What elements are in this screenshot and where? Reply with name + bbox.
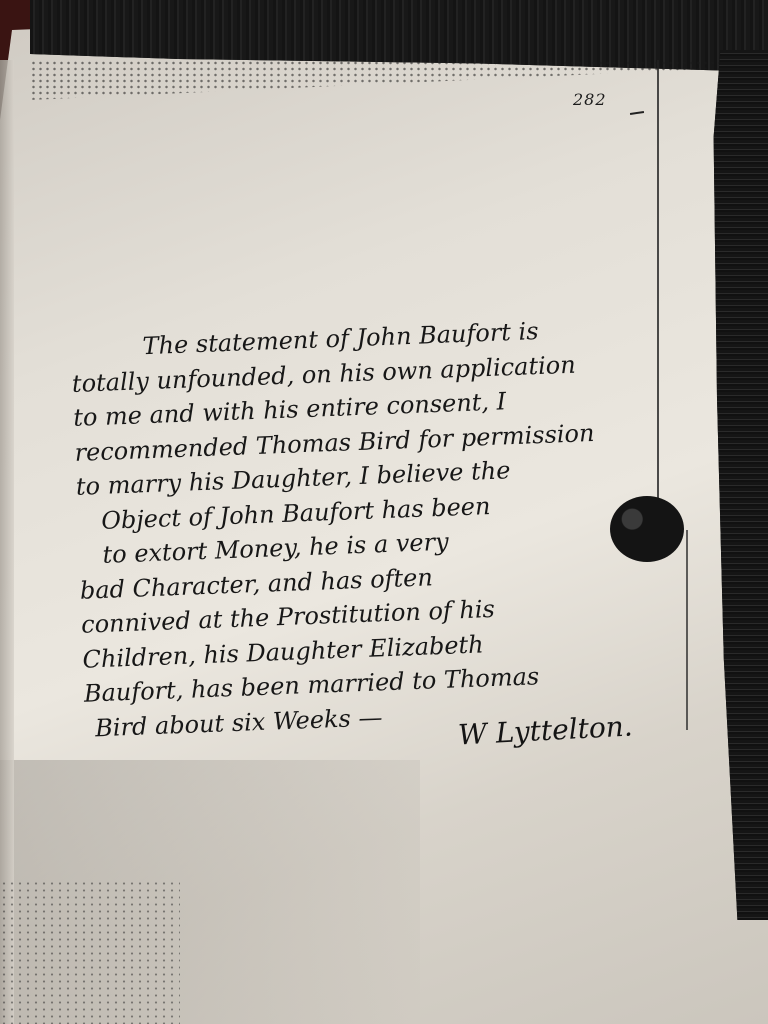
copier-noise-bottom-left — [0, 880, 180, 1024]
handwritten-statement: The statement of John Baufort is totally… — [70, 309, 695, 746]
page-number: 282 — [573, 90, 607, 109]
photo-scene: 282 The statement of John Baufort is tot… — [0, 0, 768, 1024]
